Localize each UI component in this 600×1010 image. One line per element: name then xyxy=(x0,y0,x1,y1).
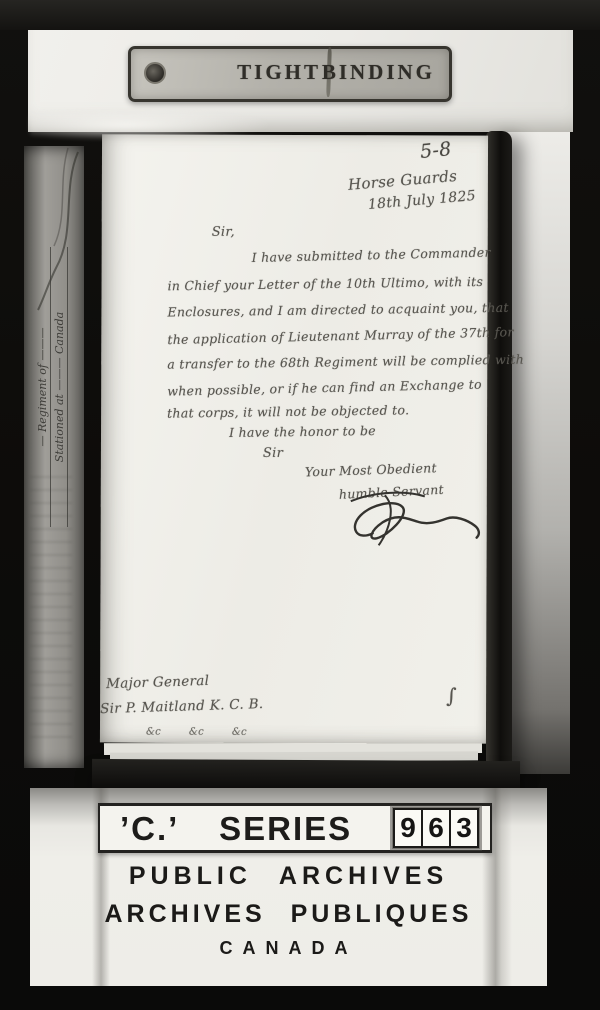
faint-print-showthrough xyxy=(30,476,72,746)
volume-digit: 9 xyxy=(393,808,423,848)
letter-page: 5-8 Horse Guards 18th July 1825 Sir, I h… xyxy=(100,134,488,743)
archives-card: ’C.’ SERIES 9 6 3 PUBLIC ARCHIVES ARCHIV… xyxy=(30,788,547,986)
recipient-line: Major General xyxy=(106,673,210,692)
recipient-line: Sir P. Maitland K. C. B. xyxy=(100,696,264,717)
ink-mark: ∫ xyxy=(446,684,457,708)
book-spine-strip: — Regiment of ——— Stationed at ——— Canad… xyxy=(24,146,84,768)
volume-number-boxes: 9 6 3 xyxy=(392,807,480,849)
folio-number: 5-8 xyxy=(419,138,453,163)
letter-salutation: Sir, xyxy=(212,225,235,240)
series-label-strip: ’C.’ SERIES 9 6 3 xyxy=(98,803,492,853)
letter-closing-line: Your Most Obedient xyxy=(305,460,437,479)
tight-label: TIGHT xyxy=(237,60,321,85)
tight-binding-tag: TIGHT BINDING xyxy=(128,46,452,102)
recipient-etc-marks: &c &c &c xyxy=(146,726,247,737)
archives-line-french: ARCHIVES PUBLIQUES xyxy=(70,900,507,929)
tag-grommet-hole-icon xyxy=(144,62,166,84)
binding-label: BINDING xyxy=(322,60,435,85)
letter-closing-line: Sir xyxy=(263,446,283,461)
book-cover-edge-right xyxy=(486,131,512,773)
microfilm-frame: TIGHT BINDING — Regiment of ——— Statione… xyxy=(0,0,600,1010)
letter-body-line: when possible, or if he can find an Exch… xyxy=(167,377,482,399)
letter-closing-line: I have the honor to be xyxy=(229,423,376,440)
background-surface-right xyxy=(506,132,570,774)
volume-digit: 6 xyxy=(421,808,451,848)
letter-body-line: that corps, it will not be objected to. xyxy=(167,402,409,420)
series-word: SERIES xyxy=(219,812,352,845)
signature-flourish xyxy=(327,487,487,550)
letter-date: 18th July 1825 xyxy=(367,188,476,213)
book-cover-edge-bottom xyxy=(92,759,520,791)
series-letter: ’C.’ xyxy=(120,812,179,845)
letter-body-line: Enclosures, and I am directed to acquain… xyxy=(167,300,508,320)
letter-body-line: a transfer to the 68th Regiment will be … xyxy=(167,352,524,372)
archives-line-english: PUBLIC ARCHIVES xyxy=(70,862,507,891)
archives-line-country: CANADA xyxy=(70,938,507,959)
volume-digit: 3 xyxy=(449,808,479,848)
film-top-bar xyxy=(0,0,600,30)
letter-body-line: the application of Lieutenant Murray of … xyxy=(167,324,514,347)
archives-card-text: PUBLIC ARCHIVES ARCHIVES PUBLIQUES CANAD… xyxy=(70,862,507,959)
letter-body-line: in Chief your Letter of the 10th Ultimo,… xyxy=(167,274,483,293)
letter-body-line: I have submitted to the Commander xyxy=(252,245,491,265)
